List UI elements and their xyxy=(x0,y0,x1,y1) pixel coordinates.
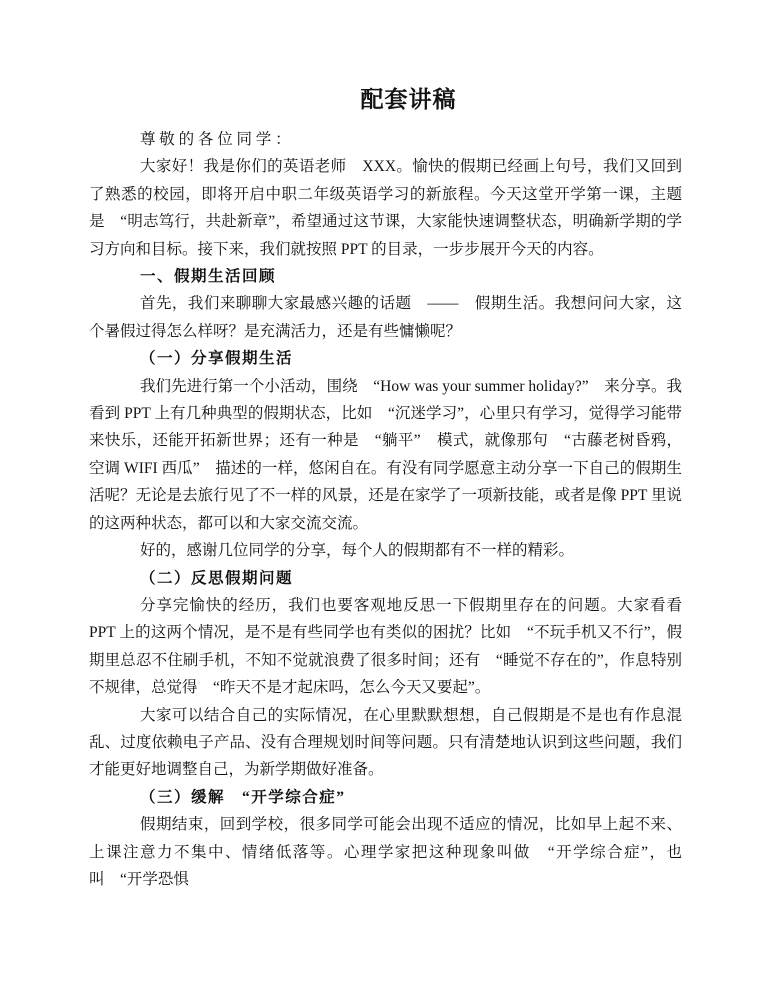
section-heading: （三）缓解 “开学综合症” xyxy=(89,784,682,811)
section-heading: （二）反思假期问题 xyxy=(89,565,682,592)
paragraph: 好的，感谢几位同学的分享，每个人的假期都有不一样的精彩。 xyxy=(89,537,682,564)
paragraph: 大家好！我是你们的英语老师 XXX。愉快的假期已经画上句号，我们又回到了熟悉的校… xyxy=(89,153,682,263)
section-heading: （一）分享假期生活 xyxy=(89,345,682,372)
paragraph: 首先，我们来聊聊大家最感兴趣的话题 —— 假期生活。我想问问大家，这个暑假过得怎… xyxy=(89,290,682,345)
document-title: 配套讲稿 xyxy=(89,85,682,115)
paragraph: 尊敬的各位同学： xyxy=(89,126,682,153)
document-page: 配套讲稿 尊敬的各位同学：大家好！我是你们的英语老师 XXX。愉快的假期已经画上… xyxy=(0,0,770,1000)
paragraph: 大家可以结合自己的实际情况，在心里默默想想，自己假期是不是也有作息混乱、过度依赖… xyxy=(89,702,682,784)
paragraph: 分享完愉快的经历，我们也要客观地反思一下假期里存在的问题。大家看看 PPT 上的… xyxy=(89,592,682,702)
section-heading: 一、假期生活回顾 xyxy=(89,263,682,290)
paragraph: 假期结束，回到学校，很多同学可能会出现不适应的情况，比如早上起不来、上课注意力不… xyxy=(89,811,682,893)
document-body: 尊敬的各位同学：大家好！我是你们的英语老师 XXX。愉快的假期已经画上句号，我们… xyxy=(89,126,682,893)
document-content: 配套讲稿 尊敬的各位同学：大家好！我是你们的英语老师 XXX。愉快的假期已经画上… xyxy=(89,85,682,893)
paragraph: 我们先进行第一个小活动，围绕 “How was your summer holi… xyxy=(89,373,682,537)
